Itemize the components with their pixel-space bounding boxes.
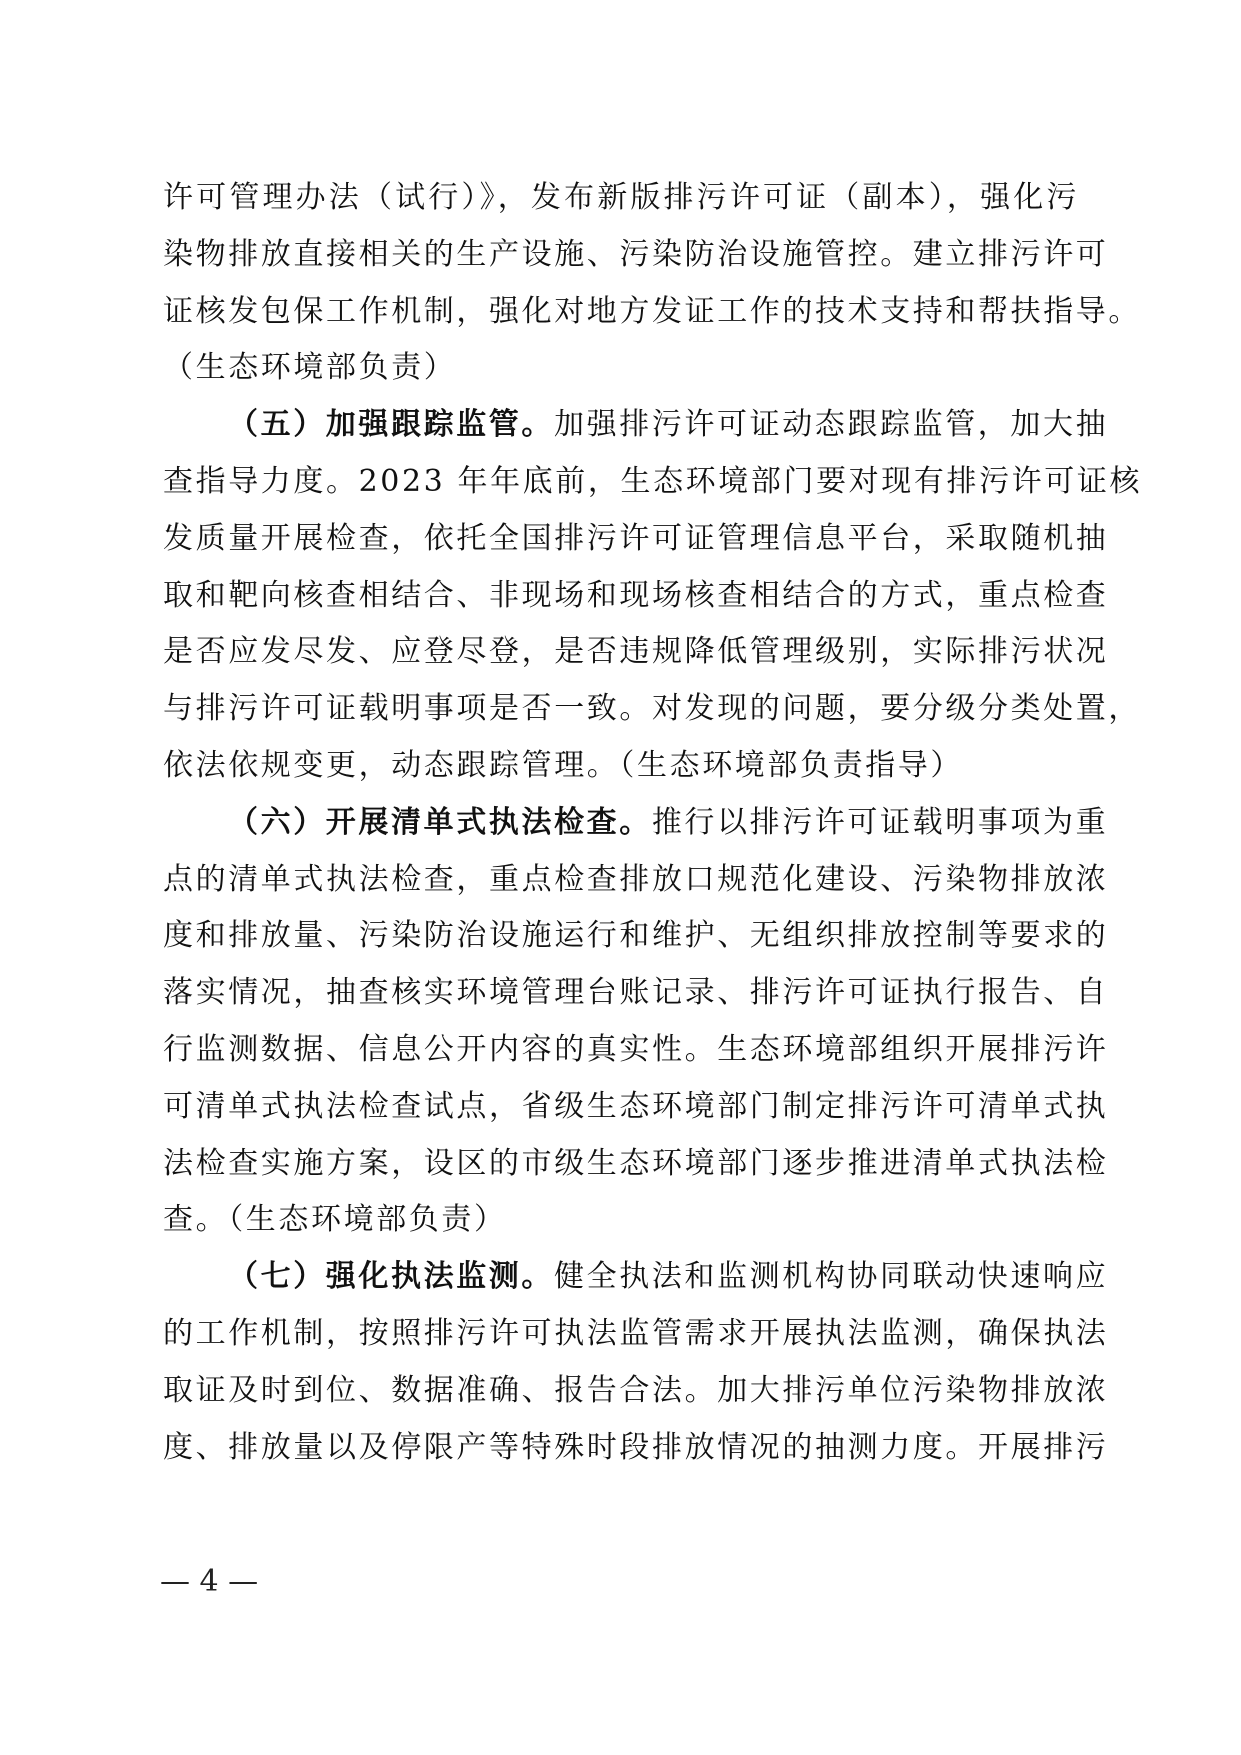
document-body: 许可管理办法（试行）》，发布新版排污许可证（副本），强化污 染物排放直接相关的生… — [163, 170, 1079, 1476]
text-line: 度、排放量以及停限产等特殊时段排放情况的抽测力度。开展排污 — [163, 1420, 1079, 1477]
section-heading-6: （六）开展清单式执法检查。 — [228, 805, 652, 840]
document-page: 许可管理办法（试行）》，发布新版排污许可证（副本），强化污 染物排放直接相关的生… — [0, 0, 1241, 1755]
text-run: 推行以排污许可证载明事项为重 — [652, 805, 1108, 840]
text-line: 染物排放直接相关的生产设施、污染防治设施管控。建立排污许可 — [163, 227, 1079, 284]
section-heading-5: （五）加强跟踪监管。 — [228, 407, 554, 442]
text-line: 查。（生态环境部负责） — [163, 1192, 1079, 1249]
section-heading-7: （七）强化执法监测。 — [228, 1259, 554, 1294]
text-line: 许可管理办法（试行）》，发布新版排污许可证（副本），强化污 — [163, 170, 1079, 227]
text-line: 查指导力度。2023 年年底前，生态环境部门要对现有排污许可证核 — [163, 454, 1079, 511]
paragraph-first-line: （六）开展清单式执法检查。推行以排污许可证载明事项为重 — [163, 795, 1079, 852]
text-line: 的工作机制，按照排污许可执法监管需求开展执法监测，确保执法 — [163, 1306, 1079, 1363]
text-line: 可清单式执法检查试点，省级生态环境部门制定排污许可清单式执 — [163, 1079, 1079, 1136]
paragraph-first-line: （七）强化执法监测。健全执法和监测机构协同联动快速响应 — [163, 1249, 1079, 1306]
page-number: — 4 — — [160, 1562, 258, 1602]
text-line: 落实情况，抽查核实环境管理台账记录、排污许可证执行报告、自 — [163, 965, 1079, 1022]
text-run: 健全执法和监测机构协同联动快速响应 — [554, 1259, 1108, 1294]
text-line: 依法依规变更，动态跟踪管理。（生态环境部负责指导） — [163, 738, 1079, 795]
text-line: 发质量开展检查，依托全国排污许可证管理信息平台，采取随机抽 — [163, 511, 1079, 568]
text-line: 法检查实施方案，设区的市级生态环境部门逐步推进清单式执法检 — [163, 1136, 1079, 1193]
text-line: 点的清单式执法检查，重点检查排放口规范化建设、污染物排放浓 — [163, 852, 1079, 909]
text-line: 取和靶向核查相结合、非现场和现场核查相结合的方式，重点检查 — [163, 568, 1079, 625]
paragraph-first-line: （五）加强跟踪监管。加强排污许可证动态跟踪监管，加大抽 — [163, 397, 1079, 454]
text-line: 度和排放量、污染防治设施运行和维护、无组织排放控制等要求的 — [163, 908, 1079, 965]
text-line: 是否应发尽发、应登尽登，是否违规降低管理级别，实际排污状况 — [163, 624, 1079, 681]
text-line: 取证及时到位、数据准确、报告合法。加大排污单位污染物排放浓 — [163, 1363, 1079, 1420]
text-line: 与排污许可证载明事项是否一致。对发现的问题，要分级分类处置， — [163, 681, 1079, 738]
text-run: 加强排污许可证动态跟踪监管，加大抽 — [554, 407, 1108, 442]
text-line: 证核发包保工作机制，强化对地方发证工作的技术支持和帮扶指导。 — [163, 284, 1079, 341]
text-line: （生态环境部负责） — [163, 340, 1079, 397]
text-line: 行监测数据、信息公开内容的真实性。生态环境部组织开展排污许 — [163, 1022, 1079, 1079]
